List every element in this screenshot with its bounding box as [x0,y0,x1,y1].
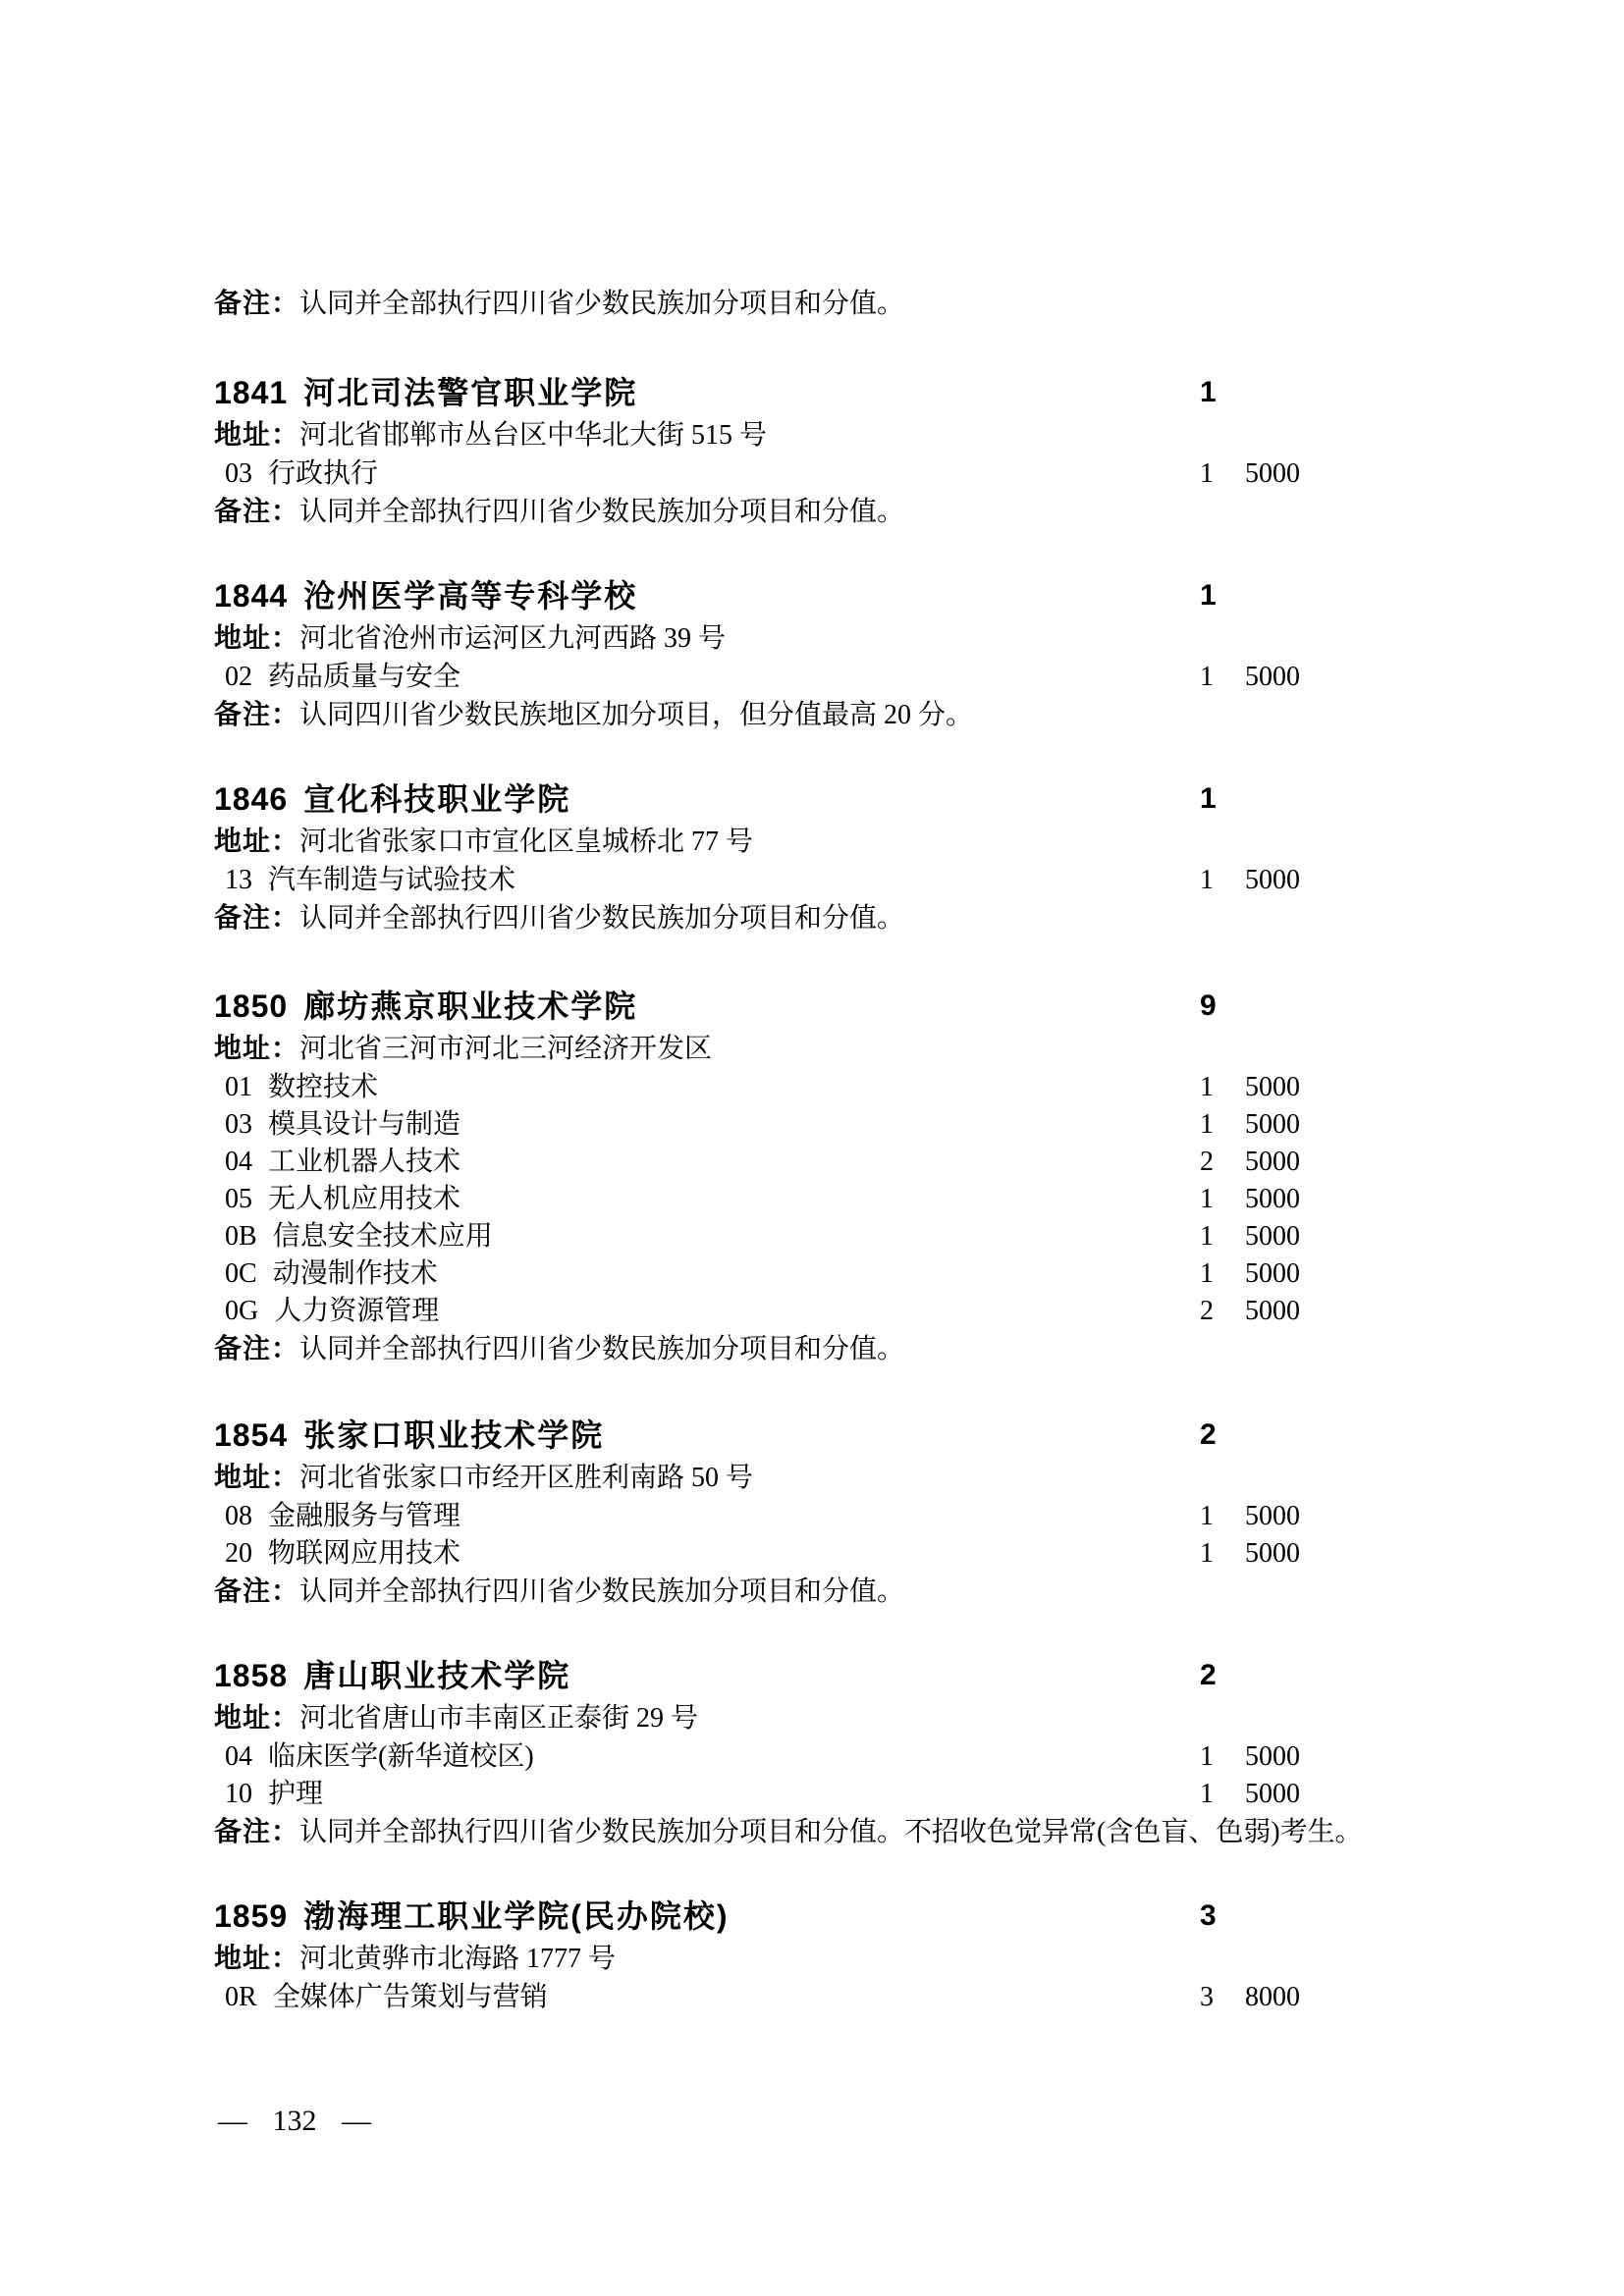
college-plan-total: 1 [1200,777,1217,821]
address-line: 地址：河北省张家口市经开区胜利南路 50 号 [214,1457,1595,1498]
college-code: 1859 [214,1898,288,1934]
college-plan-total: 3 [1200,1895,1217,1938]
program-row: 13汽车制造与试验技术 1 5000 [214,862,1595,899]
program-code: 03 [225,1109,252,1140]
address-line: 地址：河北黄骅市北海路 1777 号 [214,1938,1595,1979]
note-line: 备注：认同并全部执行四川省少数民族加分项目和分值。不招收色觉异常(含色盲、色弱)… [214,1813,1595,1850]
program-quota: 1 [1200,1069,1214,1106]
address-label: 地址： [214,419,299,450]
college-plan-total: 2 [1200,1654,1217,1697]
college-name: 渤海理工职业学院(民办院校) [303,1898,729,1934]
program-name: 信息安全技术应用 [273,1221,493,1252]
program-quota: 1 [1200,1218,1214,1255]
program-name: 动漫制作技术 [273,1258,438,1289]
program-quota: 1 [1200,1738,1214,1776]
address-text: 河北省三河市河北三河经济开发区 [299,1034,712,1064]
address-line: 地址：河北省邯郸市丛台区中华北大街 515 号 [214,414,1595,455]
note-label: 备注： [214,496,299,526]
note-line: 备注：认同四川省少数民族地区加分项目，但分值最高 20 分。 [214,696,1595,733]
program-code: 08 [225,1501,252,1531]
note-label: 备注： [214,902,299,933]
college-code: 1854 [214,1417,288,1453]
address-label: 地址： [214,1702,299,1733]
college-name: 宣化科技职业学院 [303,781,570,817]
address-label: 地址： [214,622,299,653]
program-code: 20 [225,1538,252,1569]
program-quota: 1 [1200,1776,1214,1813]
note-label: 备注： [214,1575,299,1606]
program-quota: 1 [1200,455,1214,493]
program-tuition: 5000 [1245,1738,1300,1776]
program-code: 04 [225,1741,252,1772]
program-row: 03行政执行 1 5000 [214,455,1595,493]
college-plan-total: 2 [1200,1414,1217,1457]
program-quota: 1 [1200,1498,1214,1535]
program-quota: 2 [1200,1293,1214,1330]
program-tuition: 5000 [1245,455,1300,493]
address-line: 地址：河北省三河市河北三河经济开发区 [214,1028,1595,1069]
program-name: 数控技术 [268,1072,378,1102]
college-code: 1858 [214,1658,288,1693]
college-code: 1841 [214,375,288,410]
program-row: 05无人机应用技术 1 5000 [214,1181,1595,1218]
program-tuition: 5000 [1245,1498,1300,1535]
college-name: 沧州医学高等专科学校 [303,578,637,614]
program-name: 汽车制造与试验技术 [268,865,515,895]
program-quota: 1 [1200,659,1214,696]
address-label: 地址： [214,826,299,856]
program-row: 03模具设计与制造 1 5000 [214,1106,1595,1144]
program-name: 药品质量与安全 [268,662,460,692]
college-header: 1844沧州医学高等专科学校 1 [214,574,1595,617]
college-section-1859: 1859渤海理工职业学院(民办院校) 3 地址：河北黄骅市北海路 1777 号 … [214,1895,1595,2016]
college-section-1841: 1841河北司法警官职业学院 1 地址：河北省邯郸市丛台区中华北大街 515 号… [214,371,1595,530]
college-name: 河北司法警官职业学院 [303,375,637,410]
address-text: 河北省张家口市经开区胜利南路 50 号 [299,1463,753,1493]
program-code: 04 [225,1147,252,1177]
college-name: 唐山职业技术学院 [303,1658,570,1693]
college-header: 1850廊坊燕京职业技术学院 9 [214,985,1595,1028]
college-header: 1854张家口职业技术学院 2 [214,1414,1595,1457]
college-section-1854: 1854张家口职业技术学院 2 地址：河北省张家口市经开区胜利南路 50 号 0… [214,1414,1595,1610]
address-text: 河北省唐山市丰南区正泰街 29 号 [299,1703,698,1734]
address-text: 河北省邯郸市丛台区中华北大街 515 号 [299,420,767,451]
note-text: 认同并全部执行四川省少数民族加分项目和分值。 [299,1334,904,1364]
note-label: 备注： [214,1816,299,1846]
top-note-line: 备注：认同并全部执行四川省少数民族加分项目和分值。 [214,285,904,322]
program-name: 无人机应用技术 [268,1184,460,1214]
college-plan-total: 1 [1200,371,1217,414]
program-code: 0C [225,1258,257,1289]
program-quota: 1 [1200,1181,1214,1218]
college-code: 1850 [214,988,288,1024]
program-name: 物联网应用技术 [268,1538,460,1569]
program-tuition: 5000 [1245,862,1300,899]
address-label: 地址： [214,1033,299,1063]
program-name: 行政执行 [268,458,378,489]
note-line: 备注：认同并全部执行四川省少数民族加分项目和分值。 [214,493,1595,530]
college-name: 张家口职业技术学院 [303,1417,604,1453]
program-code: 0R [225,1982,257,2012]
note-label: 备注： [214,699,299,729]
program-row: 04临床医学(新华道校区) 1 5000 [214,1738,1595,1776]
program-row: 0G人力资源管理 2 5000 [214,1293,1595,1330]
program-name: 临床医学(新华道校区) [268,1741,534,1772]
program-tuition: 8000 [1245,1979,1300,2016]
program-tuition: 5000 [1245,1218,1300,1255]
program-tuition: 5000 [1245,1144,1300,1181]
program-row: 10护理 1 5000 [214,1776,1595,1813]
college-section-1844: 1844沧州医学高等专科学校 1 地址：河北省沧州市运河区九河西路 39 号 0… [214,574,1595,733]
program-tuition: 5000 [1245,1181,1300,1218]
note-text: 认同并全部执行四川省少数民族加分项目和分值。 [299,903,904,934]
college-section-1846: 1846宣化科技职业学院 1 地址：河北省张家口市宣化区皇城桥北 77 号 13… [214,777,1595,936]
program-quota: 1 [1200,1535,1214,1573]
program-row: 0R全媒体广告策划与营销 3 8000 [214,1979,1595,2016]
address-line: 地址：河北省张家口市宣化区皇城桥北 77 号 [214,821,1595,862]
address-line: 地址：河北省沧州市运河区九河西路 39 号 [214,617,1595,659]
program-name: 模具设计与制造 [268,1109,460,1140]
college-section-1850: 1850廊坊燕京职业技术学院 9 地址：河北省三河市河北三河经济开发区 01数控… [214,985,1595,1367]
program-name: 护理 [268,1779,323,1809]
note-label: 备注： [214,1333,299,1363]
program-tuition: 5000 [1245,1535,1300,1573]
program-code: 0G [225,1296,258,1326]
program-name: 全媒体广告策划与营销 [273,1982,548,2012]
document-page: 备注：认同并全部执行四川省少数民族加分项目和分值。 1841河北司法警官职业学院… [0,0,1624,2296]
college-header: 1858唐山职业技术学院 2 [214,1654,1595,1697]
address-label: 地址： [214,1943,299,1973]
program-quota: 1 [1200,862,1214,899]
college-plan-total: 1 [1200,574,1217,617]
address-text: 河北黄骅市北海路 1777 号 [299,1944,616,1974]
program-row: 0B信息安全技术应用 1 5000 [214,1218,1595,1255]
program-row: 04工业机器人技术 2 5000 [214,1144,1595,1181]
note-line: 备注：认同并全部执行四川省少数民族加分项目和分值。 [214,1573,1595,1610]
note-text: 认同并全部执行四川省少数民族加分项目和分值。 [299,1576,904,1607]
note-text: 认同四川省少数民族地区加分项目，但分值最高 20 分。 [299,700,973,730]
program-row: 0C动漫制作技术 1 5000 [214,1255,1595,1293]
note-line: 备注：认同并全部执行四川省少数民族加分项目和分值。 [214,899,1595,936]
college-header: 1859渤海理工职业学院(民办院校) 3 [214,1895,1595,1938]
program-tuition: 5000 [1245,659,1300,696]
note-line: 备注：认同并全部执行四川省少数民族加分项目和分值。 [214,1330,1595,1367]
program-code: 03 [225,458,252,489]
college-name: 廊坊燕京职业技术学院 [303,988,637,1024]
college-section-1858: 1858唐山职业技术学院 2 地址：河北省唐山市丰南区正泰街 29 号 04临床… [214,1654,1595,1850]
program-quota: 3 [1200,1979,1214,2016]
program-quota: 1 [1200,1106,1214,1144]
program-tuition: 5000 [1245,1776,1300,1813]
program-code: 01 [225,1072,252,1102]
address-line: 地址：河北省唐山市丰南区正泰街 29 号 [214,1697,1595,1738]
college-code: 1844 [214,578,288,614]
program-code: 10 [225,1779,252,1809]
college-plan-total: 9 [1200,985,1217,1028]
college-code: 1846 [214,781,288,817]
program-tuition: 5000 [1245,1106,1300,1144]
program-quota: 2 [1200,1144,1214,1181]
program-code: 02 [225,662,252,692]
program-code: 05 [225,1184,252,1214]
note-label: 备注： [214,288,299,318]
note-text: 认同并全部执行四川省少数民族加分项目和分值。 [299,497,904,527]
program-code: 0B [225,1221,257,1252]
program-tuition: 5000 [1245,1255,1300,1293]
program-row: 20物联网应用技术 1 5000 [214,1535,1595,1573]
college-header: 1846宣化科技职业学院 1 [214,777,1595,821]
program-tuition: 5000 [1245,1069,1300,1106]
program-row: 08金融服务与管理 1 5000 [214,1498,1595,1535]
note-text: 认同并全部执行四川省少数民族加分项目和分值。不招收色觉异常(含色盲、色弱)考生。 [299,1817,1363,1847]
program-row: 02药品质量与安全 1 5000 [214,659,1595,696]
note-text: 认同并全部执行四川省少数民族加分项目和分值。 [299,289,904,319]
program-code: 13 [225,865,252,895]
program-name: 工业机器人技术 [268,1147,460,1177]
page-number: — 132 — [218,2103,371,2139]
program-tuition: 5000 [1245,1293,1300,1330]
program-name: 金融服务与管理 [268,1501,460,1531]
program-name: 人力资源管理 [274,1296,439,1326]
program-row: 01数控技术 1 5000 [214,1069,1595,1106]
address-text: 河北省沧州市运河区九河西路 39 号 [299,623,726,654]
address-text: 河北省张家口市宣化区皇城桥北 77 号 [299,827,753,857]
address-label: 地址： [214,1462,299,1492]
program-quota: 1 [1200,1255,1214,1293]
college-header: 1841河北司法警官职业学院 1 [214,371,1595,414]
